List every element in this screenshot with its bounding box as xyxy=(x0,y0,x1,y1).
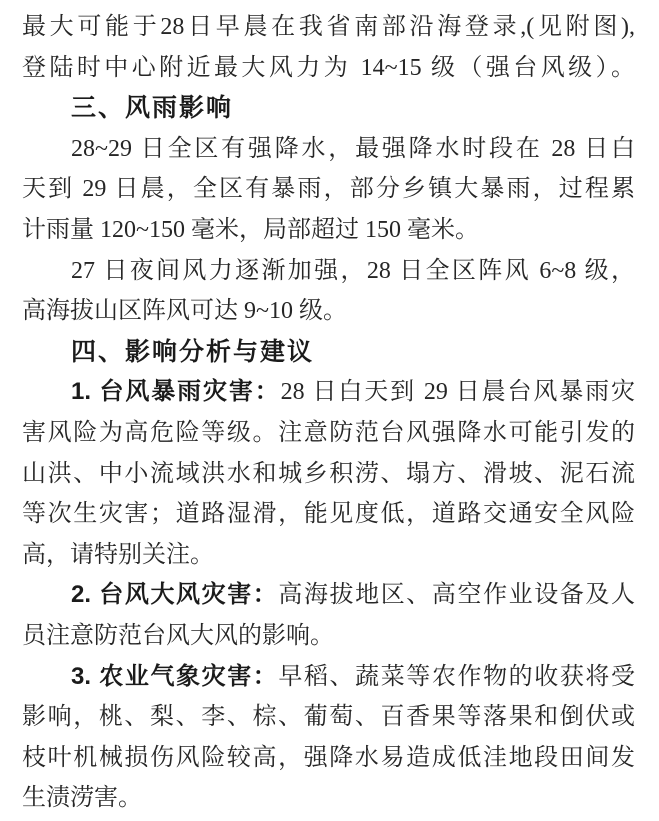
text-line: 员注意防范台风大风的影响。 xyxy=(22,616,635,657)
section-heading-wind-rain: 三、风雨影响 xyxy=(22,88,635,129)
text-line: 山洪、中小流域洪水和城乡积涝、塌方、滑坡、泥石流 xyxy=(22,454,635,495)
text-line: 害风险为高危险等级。注意防范台风强降水可能引发的 xyxy=(22,413,635,454)
document-page: 最大可能于28日早晨在我省南部沿海登录,(见附图), 登陆时中心附近最大风力为 … xyxy=(0,0,659,821)
item-label-agriculture: 3. 农业气象灾害： xyxy=(71,663,278,690)
text-line: 28~29 日全区有强降水，最强降水时段在 28 日白 xyxy=(22,129,635,170)
text-line: 影响，桃、梨、李、棕、葡萄、百香果等落果和倒伏或 xyxy=(22,697,635,738)
text-line: 27 日夜间风力逐渐加强，28 日全区阵风 6~8 级， xyxy=(22,251,635,292)
text-line-item-agriculture: 3. 农业气象灾害：早稻、蔬菜等农作物的收获将受 xyxy=(22,657,635,698)
text-line: 最大可能于28日早晨在我省南部沿海登录,(见附图), xyxy=(22,7,635,48)
text-line: 高海拔山区阵风可达 9~10 级。 xyxy=(22,291,635,332)
item-text: 高海拔地区、高空作业设备及人 xyxy=(278,582,635,608)
text-line-item-gale: 2. 台风大风灾害：高海拔地区、高空作业设备及人 xyxy=(22,575,635,616)
text-line: 计雨量 120~150 毫米，局部超过 150 毫米。 xyxy=(22,210,635,251)
text-line: 天到 29 日晨，全区有暴雨，部分乡镇大暴雨，过程累 xyxy=(22,169,635,210)
item-text: 28 日白天到 29 日晨台风暴雨灾 xyxy=(281,379,635,405)
section-heading-impact-advice: 四、影响分析与建议 xyxy=(22,332,635,373)
text-line: 枝叶机械损伤风险较高，强降水易造成低洼地段田间发 xyxy=(22,738,635,779)
text-line-item-rainstorm: 1. 台风暴雨灾害：28 日白天到 29 日晨台风暴雨灾 xyxy=(22,372,635,413)
item-label-gale: 2. 台风大风灾害： xyxy=(71,581,278,608)
item-label-rainstorm: 1. 台风暴雨灾害： xyxy=(71,378,281,405)
text-line: 等次生灾害；道路湿滑，能见度低，道路交通安全风险 xyxy=(22,494,635,535)
text-line: 登陆时中心附近最大风力为 14~15 级（强台风级）。 xyxy=(22,48,635,89)
text-line: 高，请特别关注。 xyxy=(22,535,635,576)
text-line: 生渍涝害。 xyxy=(22,778,635,819)
item-text: 早稻、蔬菜等农作物的收获将受 xyxy=(278,664,635,690)
